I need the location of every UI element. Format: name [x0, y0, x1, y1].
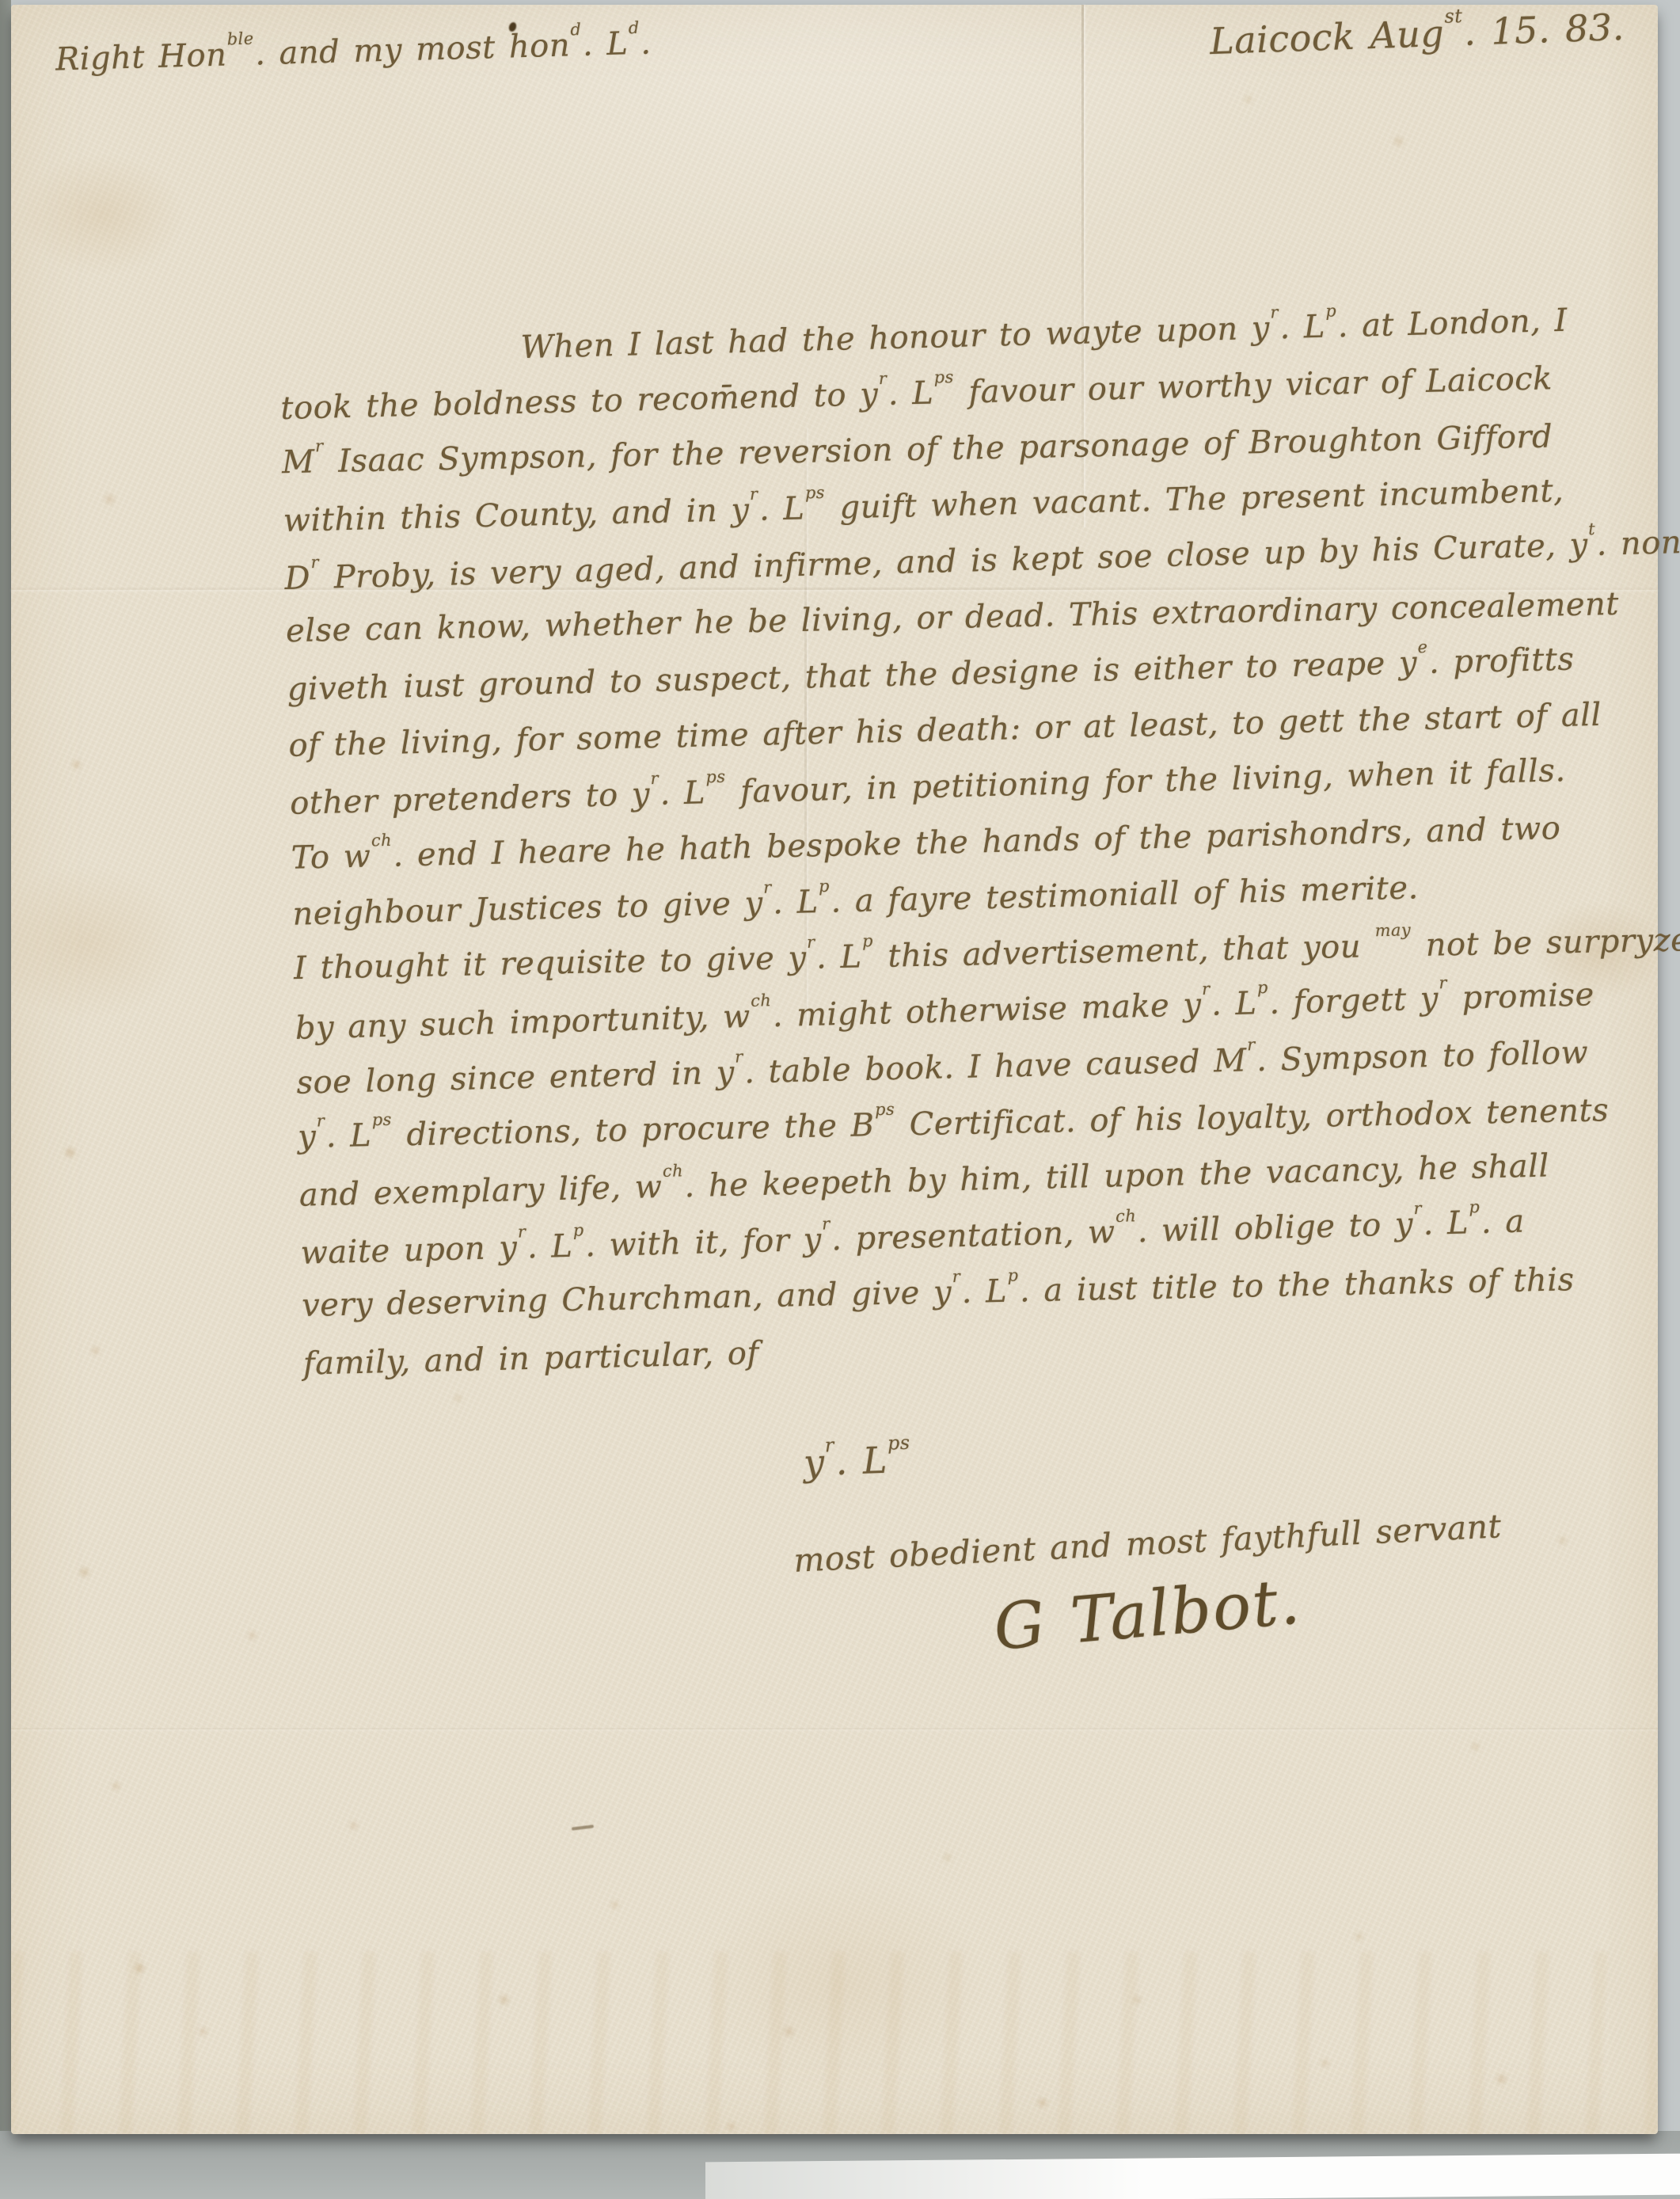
foxing-spots [11, 5, 18, 12]
closing: yr. Lps [803, 1438, 912, 1485]
scanned-letter-image: Right Honble. and my most hond. Ld. Laic… [0, 0, 1680, 2199]
letter-body: When I last had the honour to wayte upon… [279, 293, 1657, 1393]
paper-bottom-stains [11, 1952, 1658, 2134]
scanner-background-white [705, 2154, 1680, 2199]
